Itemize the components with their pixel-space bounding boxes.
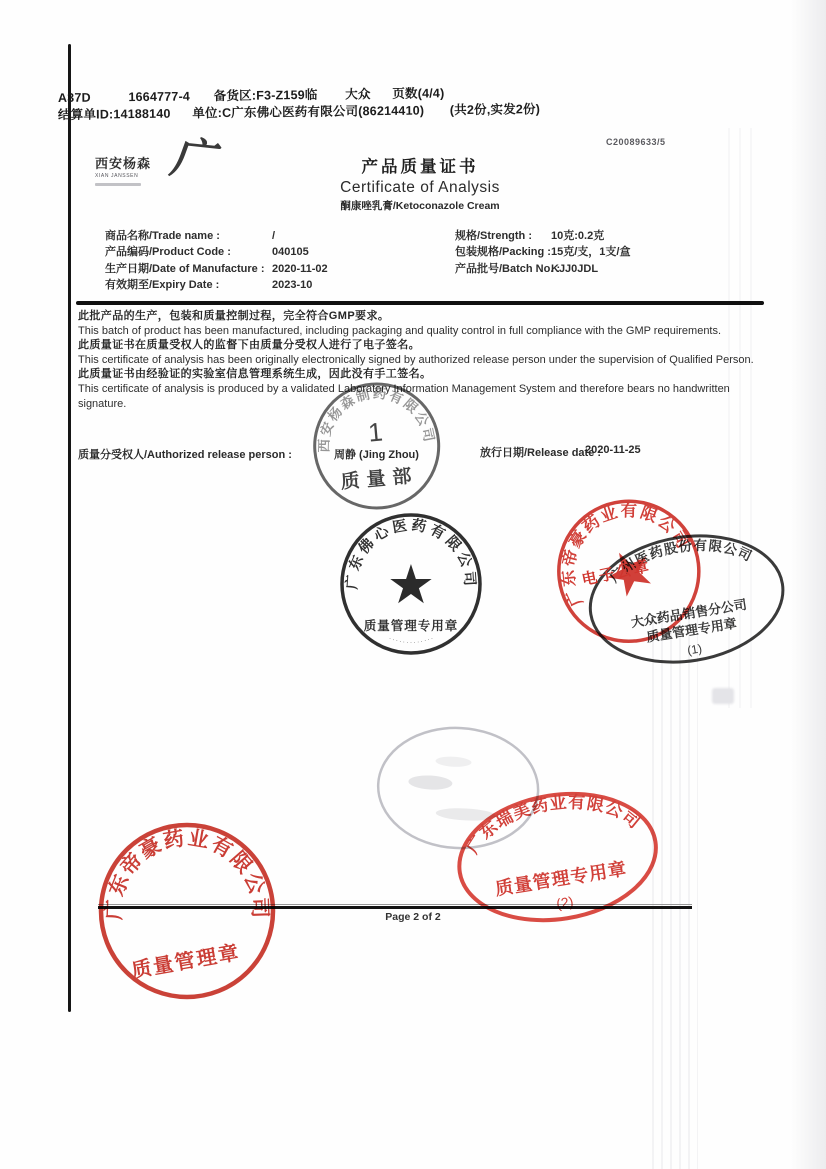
logo-fineprint-bar (95, 183, 141, 186)
detail-label: 规格/Strength : (455, 228, 551, 244)
detail-row-packing: 包装规格/Packing : 15克/支，1支/盒 (455, 244, 630, 260)
detail-row-expiry-date: 有效期至/Expiry Date : 2023-10 (105, 277, 328, 293)
statement-en: This batch of product has been manufactu… (78, 324, 766, 339)
details-left-column: 商品名称/Trade name : / 产品编码/Product Code : … (105, 228, 328, 293)
release-date-value: 2020-11-25 (585, 444, 641, 456)
logo-cn-text: 西安杨森 (95, 153, 151, 172)
page-title-en: Certificate of Analysis (270, 179, 570, 197)
header-unit: 单位:C广东佛心医药有限公司(86214410) (192, 104, 424, 121)
detail-row-product-code: 产品编码/Product Code : 040105 (105, 244, 328, 260)
statement-gmp: 此批产品的生产，包装和质量控制过程，完全符合GMP要求。 This batch … (78, 309, 766, 338)
header-code: A37D (58, 91, 91, 105)
statement-cn: 此质量证书在质量受权人的监督下由质量分受权人进行了电子签名。 (78, 338, 766, 353)
header-zone: 备货区:F3-Z159临 (214, 88, 318, 103)
stamp-number: 1 (367, 416, 384, 447)
statement-cn: 此批产品的生产，包装和质量控制过程，完全符合GMP要求。 (78, 309, 766, 324)
header-order-no: 1664777-4 (128, 89, 190, 104)
product-name: 酮康唑乳膏/Ketoconazole Cream (250, 198, 590, 213)
detail-value: 10克:0.2克 (551, 228, 604, 244)
header-channel: 大众 (345, 87, 371, 101)
logo-en-text: XIAN JANSSEN (95, 173, 151, 179)
header-copies: (共2份,实发2份) (450, 102, 540, 117)
detail-label: 商品名称/Trade name : (105, 228, 272, 244)
detail-label: 产品编码/Product Code : (105, 244, 272, 260)
detail-row-manufacture-date: 生产日期/Date of Manufacture : 2020-11-02 (105, 261, 328, 277)
svg-text:· · · · · · · · · · · · ·: · · · · · · · · · · · · · (388, 636, 434, 646)
release-date-label: 放行日期/Release date : (480, 444, 601, 460)
scanned-certificate-page: A37D 1664777-4 备货区:F3-Z159临 大众 页数(4/4) 结… (0, 0, 826, 1169)
detail-value: 040105 (272, 244, 309, 260)
statement-en: This certificate of analysis has been or… (78, 353, 766, 368)
detail-value: 2020-11-02 (272, 261, 328, 277)
details-right-column: 规格/Strength : 10克:0.2克 包装规格/Packing : 15… (455, 228, 630, 277)
page-title-cn: 产品质量证书 (270, 153, 570, 177)
document-code: C20089633/5 (606, 137, 666, 147)
detail-value: 15克/支，1支/盒 (551, 244, 630, 260)
stamp-index: (2) (555, 893, 574, 911)
section-divider (76, 301, 764, 305)
svg-text:广东帝豪药业有限公司: 广东帝豪药业有限公司 (102, 825, 272, 920)
stamp-dept-label: 质量部 (340, 464, 420, 494)
stamp-label: 质量管理专用章 (364, 618, 459, 633)
scan-edge-line (68, 44, 71, 1012)
detail-row-strength: 规格/Strength : 10克:0.2克 (455, 228, 630, 244)
scan-blotch (712, 688, 734, 704)
header-settle-id: 结算单ID:14188140 (58, 107, 171, 122)
stamp-label: 质量管理专用章 (494, 857, 629, 899)
stamp-ring-text: 广东帝豪药业有限公司 (102, 825, 272, 920)
release-person-label: 质量分受权人/Authorized release person : (78, 446, 292, 462)
stamp-index: (1) (686, 641, 703, 657)
stamp-foshin-quality: 广东佛心医药有限公司 ★ 质量管理专用章 · · · · · · · · · ·… (333, 506, 489, 667)
star-icon: ★ (387, 555, 435, 615)
detail-label: 包装规格/Packing : (455, 244, 551, 260)
scan-right-shadow (790, 0, 826, 1169)
stamp-dihao-quality: 广东帝豪药业有限公司 质量管理章 (92, 816, 282, 1011)
detail-value: / (272, 228, 275, 244)
detail-value: KJJ0JDL (551, 261, 598, 277)
statement-esign: 此质量证书在质量受权人的监督下由质量分受权人进行了电子签名。 This cert… (78, 338, 766, 367)
detail-row-trade-name: 商品名称/Trade name : / (105, 228, 328, 244)
company-logo: 西安杨森 XIAN JANSSEN (95, 153, 151, 186)
janssen-mark-icon: 广 (168, 136, 216, 184)
detail-label: 生产日期/Date of Manufacture : (105, 261, 272, 277)
header-pages: 页数(4/4) (392, 86, 444, 101)
detail-label: 有效期至/Expiry Date : (105, 277, 272, 293)
title-block: 产品质量证书 Certificate of Analysis (270, 153, 570, 197)
stamp-serial-marks: · · · · · · · · · · · · · (388, 636, 434, 646)
stamp-label: 质量管理章 (130, 940, 242, 983)
detail-label: 产品批号/Batch No. : (455, 261, 551, 277)
detail-value: 2023-10 (272, 277, 312, 293)
detail-row-batch-no: 产品批号/Batch No. : KJJ0JDL (455, 261, 630, 277)
